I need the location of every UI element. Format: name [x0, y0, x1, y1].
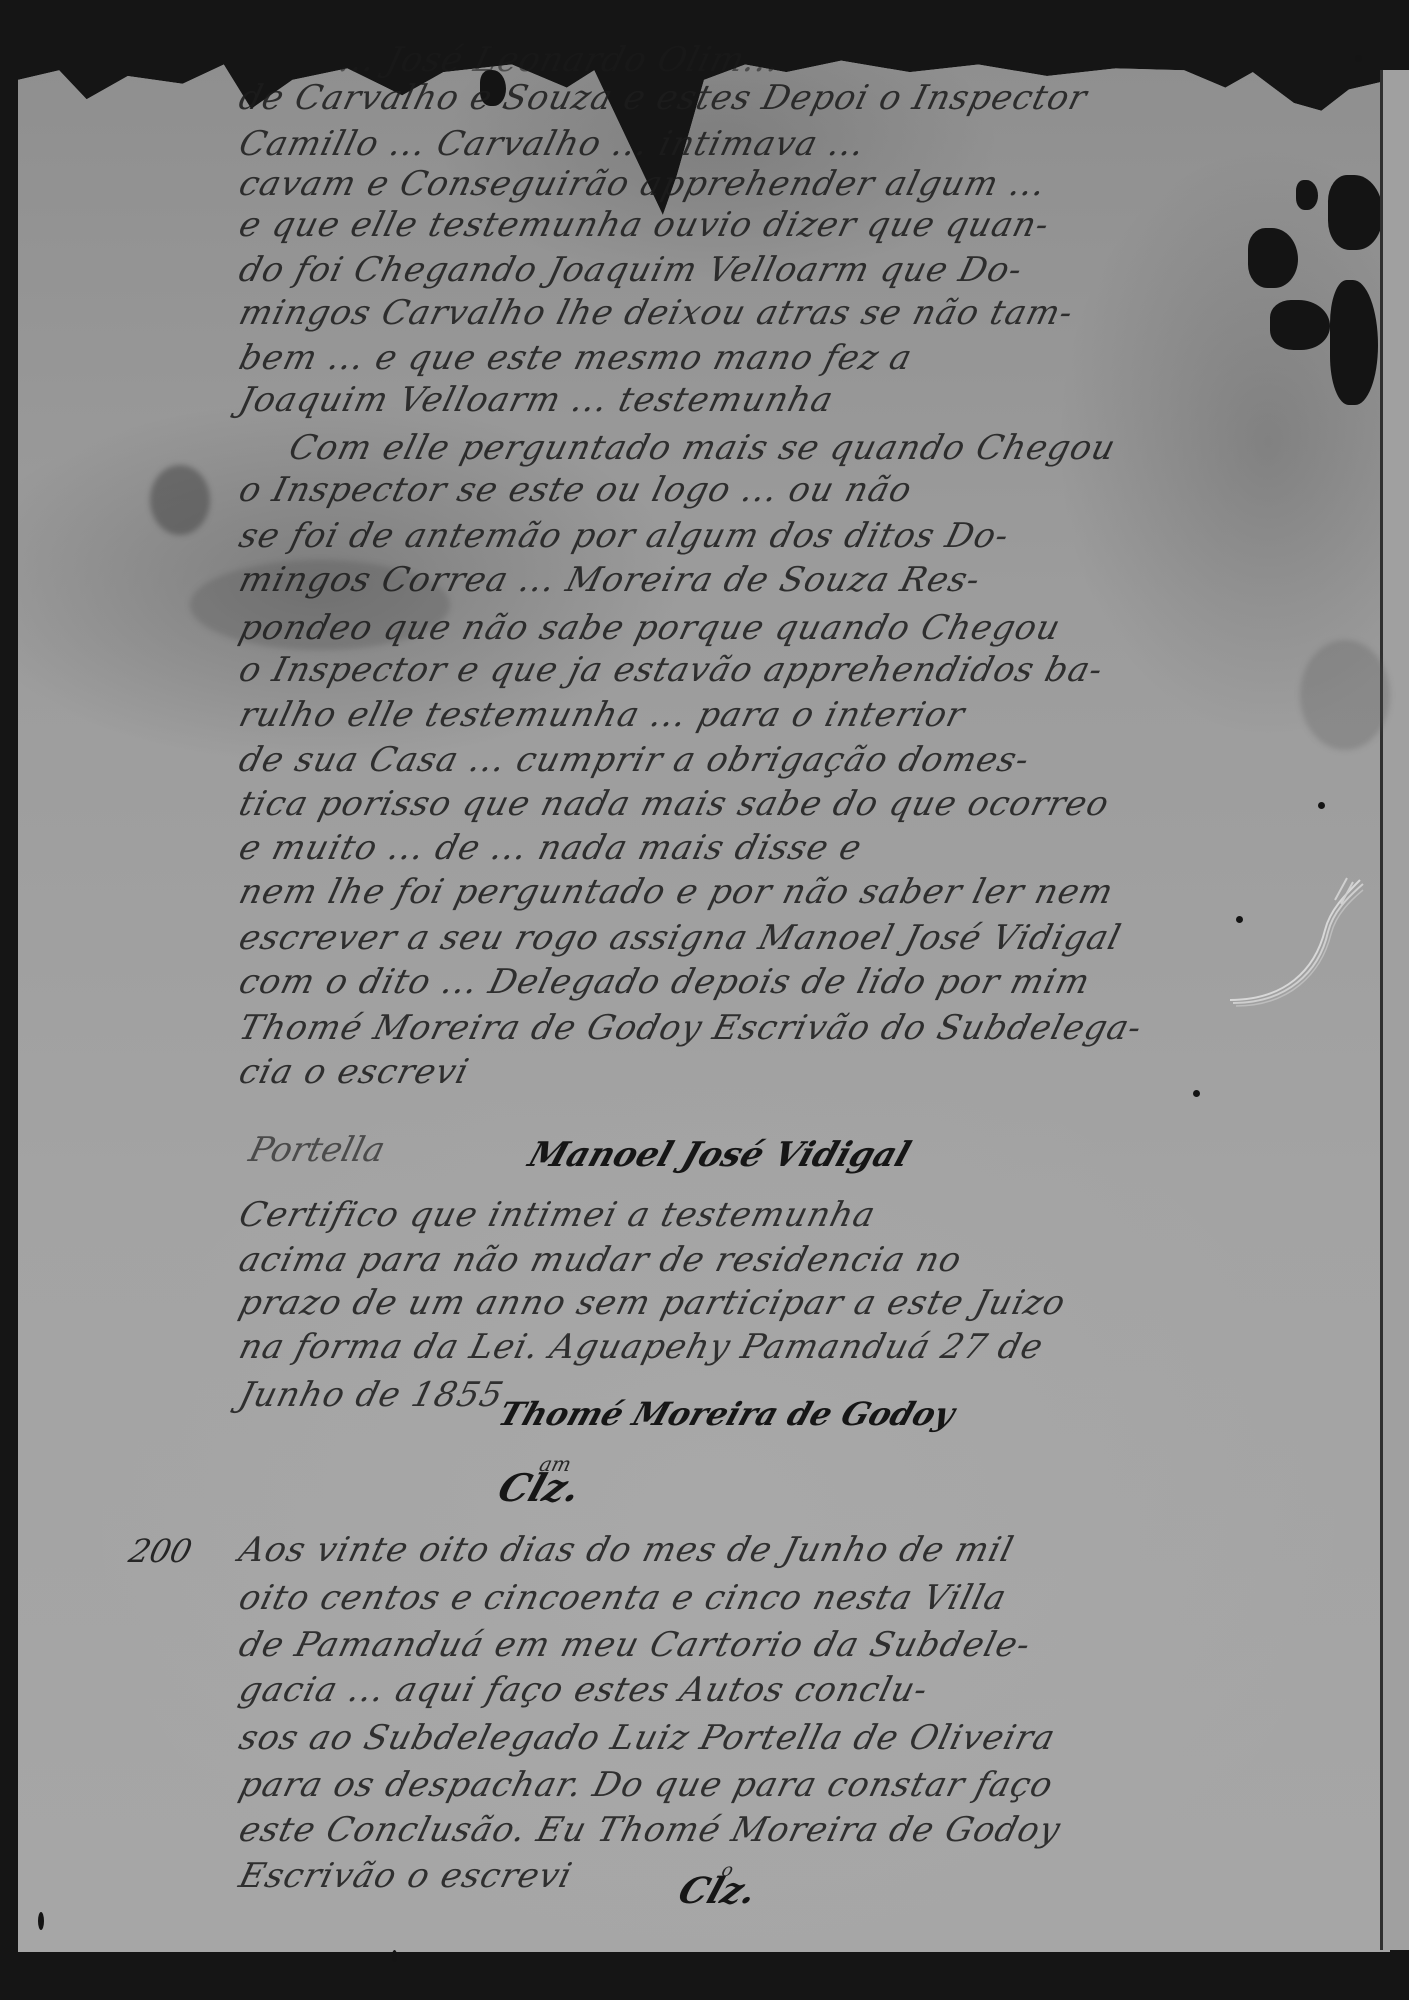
- certificate-line: Certifico que intimei a testemunha: [235, 1195, 880, 1235]
- ink-speck: [392, 1950, 397, 1962]
- ink-speck: [1355, 55, 1362, 62]
- paper-tear-hole: [1328, 175, 1383, 250]
- manuscript-line: pondeo que não sabe porque quando Chegou: [235, 608, 1065, 648]
- manuscript-line: escrever a seu rogo assigna Manoel José …: [235, 918, 1125, 958]
- manuscript-line: de sua Casa ... cumprir a obrigação dome…: [235, 740, 1034, 780]
- certificate-line: acima para não mudar de residencia no: [235, 1240, 966, 1280]
- manuscript-line: Thomé Moreira de Godoy Escrivão do Subde…: [235, 1008, 1146, 1048]
- manuscript-line: Joaquim Velloarm ... testemunha: [235, 380, 838, 420]
- ink-speck: [1318, 802, 1325, 809]
- certificate-date-line: Junho de 1855: [235, 1375, 508, 1415]
- manuscript-line: o Inspector e que ja estavão apprehendid…: [235, 650, 1107, 690]
- paper-tear-hole: [1248, 228, 1298, 288]
- manuscript-line: bem ... e que este mesmo mano fez a: [235, 338, 917, 378]
- manuscript-line: nem lhe foi perguntado e por não saber l…: [235, 872, 1118, 912]
- scan-bottom-edge: [0, 1955, 1409, 2000]
- conclusion-line: de Pamanduá em meu Cartorio da Subdele-: [235, 1625, 1035, 1665]
- manuscript-line: tica porisso que nada mais sabe do que o…: [235, 784, 1114, 824]
- manuscript-line: mingos Carvalho lhe deixou atras se não …: [235, 293, 1078, 333]
- manuscript-line: rulho elle testemunha ... para o interio…: [235, 695, 969, 735]
- manuscript-line: e que elle testemunha ouvio dizer que qu…: [235, 205, 1054, 245]
- water-stain: [150, 465, 210, 535]
- conclusion-line: Escrivão o escrevi: [235, 1856, 577, 1896]
- manuscript-line: ... José Leonardo Olim...: [335, 40, 785, 80]
- folio-margin-number: 200: [125, 1532, 196, 1570]
- manuscript-line: Com elle perguntado mais se quando Chego…: [285, 428, 1120, 468]
- conclusion-line: este Conclusão. Eu Thomé Moreira de Godo…: [235, 1810, 1065, 1850]
- paper-tear-hole: [1270, 300, 1330, 350]
- certificate-line: prazo de um anno sem participar a este J…: [235, 1283, 1070, 1323]
- manuscript-line: e muito ... de ... nada mais disse e: [235, 828, 866, 868]
- binding-thread-icon: [1225, 870, 1365, 1010]
- conclusion-line: gacia ... aqui faço estes Autos conclu-: [235, 1670, 932, 1710]
- manuscript-line: mingos Correa ... Moreira de Souza Res-: [235, 560, 985, 600]
- scanned-document-page: ... José Leonardo Olim... de Carvalho e …: [0, 0, 1409, 2000]
- paper-tear-hole: [1296, 180, 1318, 210]
- margin-name-portella: Portella: [245, 1130, 389, 1170]
- closing-mark: Clz.: [673, 1870, 762, 1912]
- clerk-signature: Thomé Moreira de Godoy: [494, 1395, 960, 1433]
- paper-tear-hole: [1330, 280, 1378, 405]
- manuscript-line: o Inspector se este ou logo ... ou não: [235, 470, 916, 510]
- ink-speck: [1193, 1090, 1200, 1097]
- manuscript-line: de Carvalho e Souza e estes Depoi o Insp…: [235, 78, 1092, 118]
- manuscript-line: Camillo ... Carvalho ... intimava ...: [235, 124, 869, 164]
- conclusion-superscript: am: [537, 1452, 574, 1476]
- conclusion-line: Aos vinte oito dias do mes de Junho de m…: [235, 1530, 1018, 1570]
- manuscript-line: cia o escrevi: [235, 1052, 473, 1092]
- manuscript-line: se foi de antemão por algum dos ditos Do…: [235, 516, 1013, 556]
- conclusion-line: sos ao Subdelegado Luiz Portella de Oliv…: [235, 1718, 1060, 1758]
- ink-speck: [38, 1912, 44, 1930]
- adjacent-page-strip: [1383, 70, 1409, 1950]
- manuscript-line: cavam e Conseguirão apprehender algum ..…: [235, 164, 1050, 204]
- conclusion-line: para os despachar. Do que para constar f…: [235, 1765, 1057, 1805]
- water-stain: [1300, 640, 1390, 750]
- manuscript-line: do foi Chegando Joaquim Velloarm que Do-: [235, 250, 1027, 290]
- certificate-line: na forma da Lei. Aguapehy Pamanduá 27 de: [235, 1327, 1048, 1367]
- witness-signature: Manoel José Vidigal: [524, 1135, 916, 1175]
- conclusion-line: oito centos e cincoenta e cinco nesta Vi…: [235, 1578, 1011, 1618]
- manuscript-line: com o dito ... Delegado depois de lido p…: [235, 962, 1094, 1002]
